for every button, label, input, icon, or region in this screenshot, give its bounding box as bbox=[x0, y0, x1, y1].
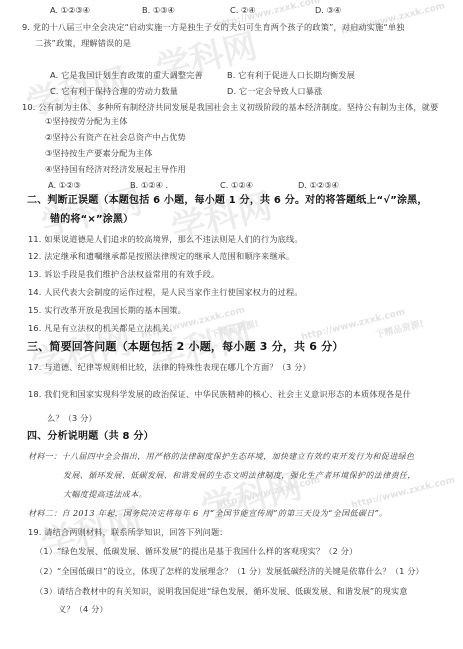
q17: 17. 与道德、纪律等规则相比较，法律的特殊性表现在哪几个方面？（3 分） bbox=[28, 362, 311, 373]
q8-option-b: B. ①③④ bbox=[142, 5, 175, 16]
q10-item-1: ①坚持按劳分配为主体 bbox=[45, 116, 128, 127]
q8-option-c: C. ②④ bbox=[230, 5, 256, 16]
q11: 11. 如果说道德是人们追求的较高境界，那么不违法则是人们的行为底线。 bbox=[28, 234, 303, 245]
q19-stem: 19. 请结合两则材料，联系所学知识，回答下列问题： bbox=[28, 527, 228, 538]
q18-cont: 么？（3 分） bbox=[47, 413, 97, 424]
q9-option-d: D. 它一定会导致人口暴涨 bbox=[227, 86, 322, 97]
q10-option-d: D. ①②③④ bbox=[298, 180, 339, 191]
section-3-title: 三、简要回答问题（本题包括 2 小题，每小题 3 分，共 6 分） bbox=[27, 340, 344, 354]
q14: 14. 人民代表大会制度的运作过程，是人民当家作主行使国家权力的过程。 bbox=[28, 287, 303, 298]
material-1-cont2: 大幅度提高违法成本。 bbox=[63, 489, 147, 500]
section-4-title: 四、分析说明题（共 8 分） bbox=[27, 430, 154, 444]
q19-sub-3-cont: 义？（4 分） bbox=[58, 604, 108, 615]
q19-sub-1: （1）“绿色发展、低碳发展、循环发展”的提出是基于我国什么样的客观现实？（2 分… bbox=[35, 546, 357, 557]
q9-stem: 9. 党的十八届三中全会决定“启动实施一方是独生子女的夫妇可生育两个孩子的政策”… bbox=[22, 22, 405, 33]
q19-sub-3: （3）请结合教材中的有关知识，说明我国促进“绿色发展、循环发展、低碳发展、和谐发… bbox=[35, 586, 408, 597]
q10-item-2: ②坚持公有资产在社会总资产中占优势 bbox=[45, 132, 186, 143]
q10-stem: 10. 公有制为主体、多种所有制经济共同发展是我国社会主义初级阶段的基本经济制度… bbox=[22, 102, 438, 113]
q10-item-3: ③坚持按生产要素分配为主体 bbox=[45, 148, 153, 159]
section-2-title-cont: 错的将“×”涂黑） bbox=[50, 213, 133, 227]
q8-option-a: A. ①②③④ bbox=[50, 5, 90, 16]
q19-sub-2: （2）“全国低碳日”的设立，体现了怎样的发展理念？（1 分）发展低碳经济的关键是… bbox=[35, 566, 424, 577]
material-1: 材料一：十八届四中全会指出，用严格的法律制度保护生态环境，加快建立有效约束开发行… bbox=[28, 451, 414, 462]
q9-option-a: A. 它是我国计划生育政策的重大调整完善 bbox=[50, 70, 203, 81]
q15: 15. 实行改革开放是我国长期的基本国策。 bbox=[28, 305, 186, 316]
material-1-cont: 发展、循环发展、低碳发展、和谐发展的生态文明法律制度，强化生产者环境保护的法律责… bbox=[63, 470, 416, 481]
q10-option-a: A. ①②③ bbox=[48, 180, 81, 191]
q18: 18. 我们党和国家实现科学发展的政治保证、中华民族精神的核心、社会主义意识形态… bbox=[28, 389, 411, 400]
q10-option-c: C. ①②④ bbox=[220, 180, 253, 191]
q13: 13. 诉讼手段是我们维护合法权益常用的有效手段。 bbox=[28, 269, 219, 280]
q9-option-c: C. 它有利于保持合理的劳动力数量 bbox=[50, 86, 178, 97]
q10-item-4: ④坚持国有经济对经济发展起主导作用 bbox=[45, 164, 186, 175]
exam-page: 学科网 学科网 学科网 学科网 学科网 学科网 学科网 学科网 http://w… bbox=[0, 0, 463, 649]
q8-option-d: D. ③④ bbox=[315, 5, 341, 16]
material-2: 材料二：自 2013 年起，国务院决定将每年 6 月“全国节能宣传周”的第三天设… bbox=[28, 508, 388, 519]
section-2-title: 二、判断正误题（本题包括 6 小题，每小题 1 分，共 6 分。对的将答题纸上“… bbox=[27, 194, 428, 208]
q16: 16. 凡是有立法权的机关都是立法机关。 bbox=[28, 323, 178, 334]
q9-option-b: B. 它有利于促进人口长期均衡发展 bbox=[227, 70, 355, 81]
q9-stem-cont: 二孩”政策，理解错误的是 bbox=[35, 38, 131, 49]
q10-option-b: B. ①②④ . bbox=[130, 180, 168, 191]
q12: 12. 法定继承和遗嘱继承都是按照法律规定的继承人范围和顺序来继承。 bbox=[28, 251, 294, 262]
